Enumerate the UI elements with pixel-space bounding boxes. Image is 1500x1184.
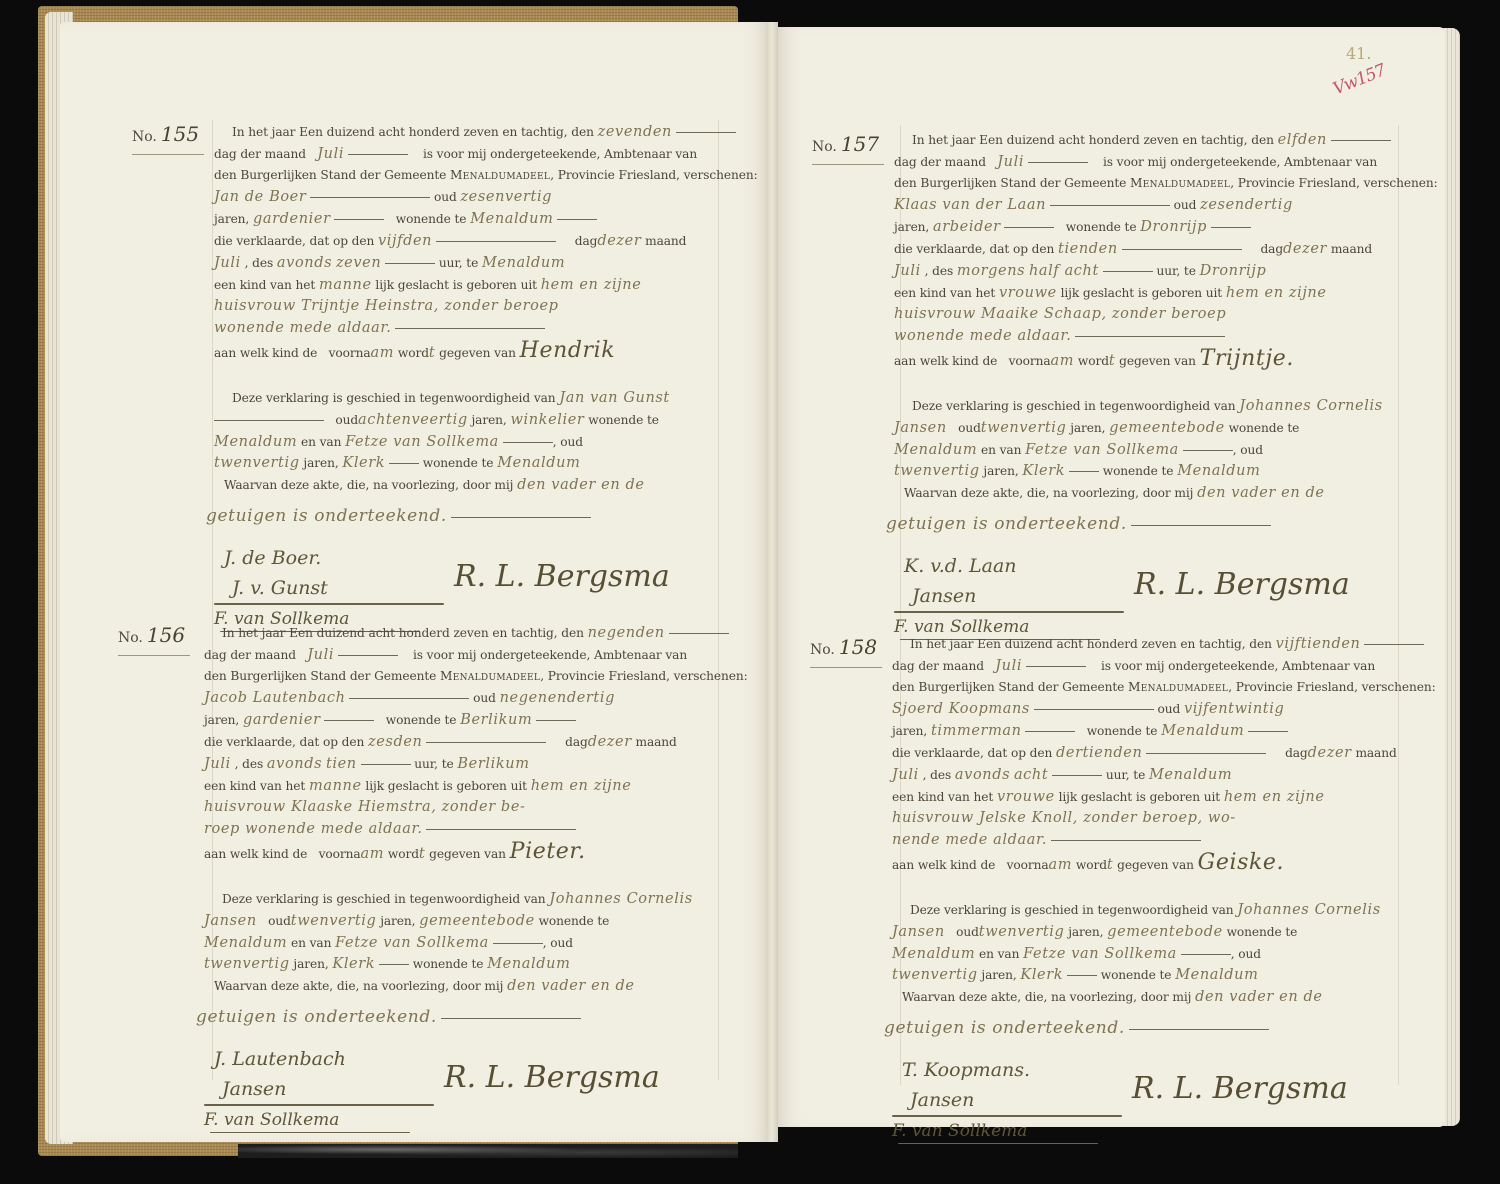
record-line: jaren, timmerman wonende te Menaldum: [892, 723, 1288, 739]
printed-text: dag der maand: [214, 147, 306, 161]
printed-text: en van: [291, 936, 331, 950]
municipality-name: Menaldumadeel: [450, 168, 550, 182]
witness1-age: twenvertig: [981, 420, 1067, 436]
residence-line: wonende mede aldaar.: [894, 328, 1071, 344]
fill-line: [1122, 249, 1242, 250]
witness1-surname: Jansen: [894, 420, 947, 436]
printed-text: , des: [923, 768, 952, 782]
birth-place: Berlikum: [457, 756, 529, 772]
printed-text: dag: [1260, 242, 1283, 256]
fill-line: [669, 633, 729, 634]
child-name: Hendrik: [520, 338, 616, 363]
fill-line: [1075, 336, 1225, 337]
record-line: Menaldum en van Fetze van Sollkema , oud: [894, 442, 1263, 458]
fill-line: [676, 132, 736, 133]
record-line: Deze verklaring is geschied in tegenwoor…: [222, 891, 693, 907]
fill-line: [1364, 644, 1424, 645]
fill-line: [389, 463, 419, 464]
birth-day: vijfden: [378, 233, 432, 249]
printed-text: gegeven van: [1117, 858, 1194, 872]
fill-line: [1181, 954, 1231, 955]
record-line: jaren, gardenier wonende te Berlikum: [204, 712, 576, 728]
printed-text: uur, te: [1156, 264, 1195, 278]
witness2-signature: F. van Sollkema: [894, 617, 1029, 637]
printed-text: den Burgerlijken Stand der Gemeente: [204, 669, 436, 683]
record-line: roep wonende mede aldaar.: [204, 821, 576, 837]
printed-text: dag: [575, 234, 598, 248]
record-line: Jacob Lautenbach oud negenendertig: [204, 690, 615, 706]
printed-text: jaren,: [472, 413, 507, 427]
closing-a: den vader en de: [507, 978, 634, 994]
witness1-signature: J. v. Gunst: [232, 577, 328, 599]
witness2-residence: Menaldum: [487, 956, 570, 972]
declarant-signature: T. Koopmans.: [902, 1059, 1030, 1081]
declarant-residence: Menaldum: [1161, 723, 1244, 739]
witness2-name: Fetze van Sollkema: [1025, 442, 1179, 458]
printed-text: In het jaar Een duizend acht honderd zev…: [910, 637, 1272, 651]
record-line: een kind van het vrouwe lijk geslacht is…: [892, 789, 1325, 805]
fill-line: [451, 517, 591, 518]
record-line: twenvertig jaren, Klerk wonende te Menal…: [214, 455, 580, 471]
word-suffix: t: [419, 846, 425, 862]
record-line: dag der maand Juli is voor mij ondergete…: [204, 647, 687, 663]
printed-text: en van: [981, 443, 1021, 457]
time-of-day: avonds: [955, 767, 1010, 783]
record-line: twenvertig jaren, Klerk wonende te Menal…: [892, 967, 1258, 983]
child-sex: vrouwe: [999, 285, 1057, 301]
record-day: vijftienden: [1276, 636, 1361, 652]
record-line: twenvertig jaren, Klerk wonende te Menal…: [894, 463, 1260, 479]
record-day: elfden: [1278, 132, 1327, 148]
printed-text: jaren,: [1070, 421, 1105, 435]
fill-line: [1050, 205, 1170, 206]
fill-line: [426, 829, 576, 830]
record-line: aan welk kind de voornaam wordt gegeven …: [892, 850, 1284, 875]
printed-text: wonende te: [588, 413, 659, 427]
record-line: Waarvan deze akte, die, na voorlezing, d…: [224, 477, 645, 493]
printed-text: , des: [235, 757, 264, 771]
fill-line: [1034, 709, 1154, 710]
word-suffix: t: [1109, 353, 1115, 369]
record-line: Deze verklaring is geschied in tegenwoor…: [910, 902, 1381, 918]
child-name: Pieter.: [510, 839, 586, 864]
printed-text: Deze verklaring is geschied in tegenwoor…: [222, 892, 546, 906]
fill-line: [1183, 450, 1233, 451]
printed-text: jaren,: [303, 456, 338, 470]
printed-text: In het jaar Een duizend acht honderd zev…: [912, 133, 1274, 147]
witness2-occupation: Klerk: [1022, 463, 1065, 479]
declarant-age: zesenvertig: [460, 189, 552, 205]
mother-line: huisvrouw Trijntje Heinstra, zonder bero…: [214, 298, 559, 314]
child-sex: manne: [309, 778, 362, 794]
record-line: Menaldum en van Fetze van Sollkema , oud: [204, 935, 573, 951]
printed-text: en van: [301, 435, 341, 449]
witness2-occupation: Klerk: [1020, 967, 1063, 983]
record-number: No.157: [812, 132, 879, 156]
child-name: Geiske.: [1198, 850, 1284, 875]
witness1-signature: Jansen: [912, 585, 976, 607]
record-line: getuigen is onderteekend.: [886, 514, 1271, 534]
record-line: Menaldum en van Fetze van Sollkema , oud: [214, 434, 583, 450]
printed-text: uur, te: [414, 757, 453, 771]
parents-line: hem en zijne: [1224, 789, 1325, 805]
printed-text: is voor mij ondergeteekende, Ambtenaar v…: [413, 648, 687, 662]
record-month: Juli: [307, 647, 334, 663]
municipality-name: Menaldumadeel: [440, 669, 540, 683]
municipality-name: Menaldumadeel: [1128, 680, 1228, 694]
witness2-residence: Menaldum: [497, 455, 580, 471]
witness2-occupation: Klerk: [332, 956, 375, 972]
printed-text: , oud: [553, 435, 583, 449]
closing-b: getuigen is onderteekend.: [884, 1018, 1125, 1038]
witness2-residence: Menaldum: [1175, 967, 1258, 983]
fill-line: [338, 655, 398, 656]
record-line: een kind van het manne lijk geslacht is …: [214, 277, 641, 293]
record-line: den Burgerlijken Stand der Gemeente Mena…: [892, 680, 1436, 694]
fill-line: [1331, 140, 1391, 141]
record-line: Juli , des morgens half acht uur, te Dro…: [894, 263, 1266, 279]
printed-text: word: [1076, 858, 1107, 872]
dag-der: dezer: [588, 734, 632, 750]
printed-text: oud: [958, 421, 981, 435]
birth-month: Juli: [894, 263, 921, 279]
record-line: wonende mede aldaar.: [214, 320, 545, 336]
printed-text: No.: [132, 129, 157, 145]
fill-line: [361, 764, 411, 765]
witness1-name: Johannes Cornelis: [549, 891, 692, 907]
printed-text: jaren,: [892, 724, 927, 738]
witness1-residence: Menaldum: [894, 442, 977, 458]
printed-text: oud: [434, 190, 457, 204]
birth-month: Juli: [892, 767, 919, 783]
printed-text: aan welk kind de: [894, 354, 997, 368]
printed-text: jaren,: [380, 914, 415, 928]
fill-line: [436, 241, 556, 242]
printed-text: Deze verklaring is geschied in tegenwoor…: [232, 391, 556, 405]
record-line: getuigen is onderteekend.: [884, 1018, 1269, 1038]
margin-rule: [1398, 125, 1399, 1085]
record-line: dag der maand Juli is voor mij ondergete…: [892, 658, 1375, 674]
record-line: jaren, arbeider wonende te Dronrijp: [894, 219, 1251, 235]
declarant-signature: J. de Boer.: [224, 547, 321, 569]
fill-line: [379, 964, 409, 965]
voornaam-suffix: am: [361, 846, 385, 862]
printed-text: Deze verklaring is geschied in tegenwoor…: [910, 903, 1234, 917]
printed-text: lijk geslacht is geboren uit: [365, 779, 527, 793]
record-line: Juli , des avonds tien uur, te Berlikum: [204, 756, 530, 772]
record-line: getuigen is onderteekend.: [206, 506, 591, 526]
dag-der: dezer: [597, 233, 641, 249]
printed-text: , des: [925, 264, 954, 278]
witness1-age: twenvertig: [291, 913, 377, 929]
fill-line: [493, 943, 543, 944]
record-line: Waarvan deze akte, die, na voorlezing, d…: [214, 978, 635, 994]
birth-day: tienden: [1058, 241, 1118, 257]
printed-text: die verklaarde, dat op den: [892, 746, 1052, 760]
declarant-name: Jan de Boer: [214, 189, 306, 205]
birth-hour: acht: [1014, 767, 1048, 783]
time-of-day: morgens: [957, 263, 1025, 279]
record-number-rule: [812, 164, 884, 165]
record-line: Jansen oudtwenvertig jaren, gemeentebode…: [894, 420, 1299, 436]
witness1-signature: Jansen: [222, 1078, 286, 1100]
printed-text: voorna: [329, 346, 371, 360]
record-line: dag der maand Juli is voor mij ondergete…: [894, 154, 1377, 170]
printed-text: wonende te: [539, 914, 610, 928]
fill-line: [385, 263, 435, 264]
printed-text: wonende te: [396, 212, 467, 226]
printed-text: is voor mij ondergeteekende, Ambtenaar v…: [423, 147, 697, 161]
witness1-occupation: gemeentebode: [419, 913, 535, 929]
printed-text: , oud: [1233, 443, 1263, 457]
fill-line: [1248, 731, 1288, 732]
record-line: den Burgerlijken Stand der Gemeente Mena…: [204, 669, 748, 683]
residence-line: roep wonende mede aldaar.: [204, 821, 423, 837]
printed-text: dag: [565, 735, 588, 749]
voornaam-suffix: am: [371, 345, 395, 361]
printed-text: den Burgerlijken Stand der Gemeente: [894, 176, 1126, 190]
record-line: huisvrouw Klaaske Hiemstra, zonder be-: [204, 799, 526, 815]
witness1-residence: Menaldum: [892, 946, 975, 962]
fill-line: [395, 328, 545, 329]
printed-text: dag der maand: [892, 659, 984, 673]
witness1-surname: Jansen: [204, 913, 257, 929]
printed-text: een kind van het: [204, 779, 305, 793]
municipality-name: Menaldumadeel: [1130, 176, 1230, 190]
record-day: negenden: [588, 625, 665, 641]
folio-number: 41.: [1346, 44, 1371, 63]
fill-line: [441, 1018, 581, 1019]
witness2-age: twenvertig: [892, 967, 978, 983]
witness1-occupation: gemeentebode: [1107, 924, 1223, 940]
record-line: huisvrouw Jelske Knoll, zonder beroep, w…: [892, 810, 1236, 826]
record-line: aan welk kind de voornaam wordt gegeven …: [894, 346, 1294, 371]
printed-text: maand: [636, 735, 677, 749]
printed-text: , Provincie Friesland, verschenen:: [540, 669, 747, 683]
witness1-age: achtenveertig: [358, 412, 468, 428]
time-of-day: avonds: [277, 255, 332, 271]
closing-b: getuigen is onderteekend.: [886, 514, 1127, 534]
record-line: Jansen oudtwenvertig jaren, gemeentebode…: [204, 913, 609, 929]
record-line: aan welk kind de voornaam wordt gegeven …: [204, 839, 586, 864]
birth-day: zesden: [368, 734, 422, 750]
printed-text: , des: [245, 256, 274, 270]
witness2-signature: F. van Sollkema: [892, 1121, 1027, 1141]
declarant-occupation: gardenier: [243, 712, 321, 728]
record-month: Juli: [317, 146, 344, 162]
witness1-signature: Jansen: [910, 1089, 974, 1111]
printed-text: wonende te: [386, 713, 457, 727]
printed-text: wonende te: [1101, 968, 1172, 982]
printed-text: Waarvan deze akte, die, na voorlezing, d…: [902, 990, 1191, 1004]
printed-text: uur, te: [439, 256, 478, 270]
printed-text: lijk geslacht is geboren uit: [1061, 286, 1223, 300]
parents-line: hem en zijne: [1226, 285, 1327, 301]
printed-text: is voor mij ondergeteekende, Ambtenaar v…: [1103, 155, 1377, 169]
official-signature: R. L. Bergsma: [1134, 567, 1350, 602]
mother-line: huisvrouw Klaaske Hiemstra, zonder be-: [204, 799, 526, 815]
printed-text: maand: [1331, 242, 1372, 256]
printed-text: aan welk kind de: [214, 346, 317, 360]
declarant-residence: Menaldum: [470, 211, 553, 227]
witness1-name: Johannes Cornelis: [1237, 902, 1380, 918]
mother-line: huisvrouw Maaike Schaap, zonder beroep: [894, 306, 1226, 322]
witness2-age: twenvertig: [204, 956, 290, 972]
birth-place: Menaldum: [1149, 767, 1232, 783]
printed-text: oud: [473, 691, 496, 705]
signature-underline: [892, 1115, 1122, 1117]
printed-text: aan welk kind de: [204, 847, 307, 861]
record-line: Klaas van der Laan oud zesendertig: [894, 197, 1293, 213]
closing-a: den vader en de: [1195, 989, 1322, 1005]
child-name: Trijntje.: [1200, 346, 1294, 371]
fill-line: [557, 219, 597, 220]
printed-text: In het jaar Een duizend acht honderd zev…: [232, 125, 594, 139]
printed-text: die verklaarde, dat op den: [204, 735, 364, 749]
declarant-occupation: gardenier: [253, 211, 331, 227]
fill-line: [1052, 775, 1102, 776]
witness1-occupation: winkelier: [511, 412, 585, 428]
fill-line: [1026, 666, 1086, 667]
printed-text: In het jaar Een duizend acht honderd zev…: [222, 626, 584, 640]
closing-b: getuigen is onderteekend.: [196, 1007, 437, 1027]
word-suffix: t: [1107, 857, 1113, 873]
printed-text: word: [398, 346, 429, 360]
signature-underline: [894, 611, 1124, 613]
printed-text: , Provincie Friesland, verschenen:: [1230, 176, 1437, 190]
declarant-name: Jacob Lautenbach: [204, 690, 346, 706]
declarant-age: negenendertig: [500, 690, 615, 706]
record-number: No.158: [810, 635, 877, 659]
printed-text: uur, te: [1106, 768, 1145, 782]
printed-text: Waarvan deze akte, die, na voorlezing, d…: [224, 478, 513, 492]
printed-text: een kind van het: [214, 278, 315, 292]
fill-line: [349, 698, 469, 699]
child-sex: vrouwe: [997, 789, 1055, 805]
record-number-rule: [118, 655, 190, 656]
printed-text: maand: [1355, 746, 1396, 760]
witness2-signature: F. van Sollkema: [204, 1110, 339, 1130]
declarant-age: vijfentwintig: [1184, 701, 1284, 717]
printed-text: oud: [1174, 198, 1197, 212]
fill-line: [214, 420, 324, 421]
witness1-residence: Menaldum: [214, 434, 297, 450]
birth-month: Juli: [214, 255, 241, 271]
record-line: wonende mede aldaar.: [894, 328, 1225, 344]
record-line: getuigen is onderteekend.: [196, 1007, 581, 1027]
printed-text: wonende te: [413, 957, 484, 971]
record-number: No.155: [132, 122, 199, 146]
printed-text: oud: [335, 413, 358, 427]
printed-text: , oud: [1231, 947, 1261, 961]
declarant-occupation: timmerman: [931, 723, 1022, 739]
signature-underline: [898, 1143, 1098, 1145]
fill-line: [310, 197, 430, 198]
record-line: dag der maand Juli is voor mij ondergete…: [214, 146, 697, 162]
record-line: een kind van het manne lijk geslacht is …: [204, 778, 631, 794]
printed-text: oud: [268, 914, 291, 928]
fill-line: [536, 720, 576, 721]
birth-place: Dronrijp: [1200, 263, 1267, 279]
printed-text: die verklaarde, dat op den: [894, 242, 1054, 256]
declarant-signature: J. Lautenbach: [214, 1048, 346, 1070]
printed-text: een kind van het: [892, 790, 993, 804]
record-line: Waarvan deze akte, die, na voorlezing, d…: [902, 989, 1323, 1005]
record-line: nende mede aldaar.: [892, 832, 1201, 848]
record-line: Juli , des avonds zeven uur, te Menaldum: [214, 255, 565, 271]
record-line: den Burgerlijken Stand der Gemeente Mena…: [214, 168, 758, 182]
printed-text: wonende te: [1066, 220, 1137, 234]
record-line: Juli , des avonds acht uur, te Menaldum: [892, 767, 1232, 783]
book-cover-marble-bottom: [238, 1144, 738, 1158]
record-line: In het jaar Een duizend acht honderd zev…: [912, 132, 1391, 148]
fill-line: [348, 154, 408, 155]
printed-text: die verklaarde, dat op den: [214, 234, 374, 248]
printed-text: oud: [956, 925, 979, 939]
printed-text: No.: [812, 139, 837, 155]
declarant-name: Klaas van der Laan: [894, 197, 1046, 213]
record-month: Juli: [997, 154, 1024, 170]
record-line: Waarvan deze akte, die, na voorlezing, d…: [904, 485, 1325, 501]
dag-der: dezer: [1283, 241, 1327, 257]
record-line: Menaldum en van Fetze van Sollkema , oud: [892, 946, 1261, 962]
record-line: In het jaar Een duizend acht honderd zev…: [910, 636, 1424, 652]
printed-text: , Provincie Friesland, verschenen:: [1228, 680, 1435, 694]
printed-text: een kind van het: [894, 286, 995, 300]
record-line: In het jaar Een duizend acht honderd zev…: [222, 625, 729, 641]
printed-text: voorna: [319, 847, 361, 861]
printed-text: jaren,: [894, 220, 929, 234]
printed-text: Waarvan deze akte, die, na voorlezing, d…: [214, 979, 503, 993]
birth-day: dertienden: [1056, 745, 1142, 761]
record-line: aan welk kind de voornaam wordt gegeven …: [214, 338, 615, 363]
printed-text: gegeven van: [439, 346, 516, 360]
child-sex: manne: [319, 277, 372, 293]
fill-line: [1103, 271, 1153, 272]
voornaam-suffix: am: [1051, 353, 1075, 369]
printed-text: aan welk kind de: [892, 858, 995, 872]
printed-text: gegeven van: [429, 847, 506, 861]
printed-text: jaren,: [981, 968, 1016, 982]
signature-underline: [204, 1104, 434, 1106]
witness2-residence: Menaldum: [1177, 463, 1260, 479]
record-line: huisvrouw Trijntje Heinstra, zonder bero…: [214, 298, 559, 314]
margin-rule: [718, 120, 719, 1080]
fill-line: [1211, 227, 1251, 228]
birth-hour: half acht: [1029, 263, 1099, 279]
printed-text: is voor mij ondergeteekende, Ambtenaar v…: [1101, 659, 1375, 673]
witness2-name: Fetze van Sollkema: [345, 434, 499, 450]
record-line: die verklaarde, dat op den zesden dagdez…: [204, 734, 677, 750]
closing-b: getuigen is onderteekend.: [206, 506, 447, 526]
word-suffix: t: [429, 345, 435, 361]
birth-hour: zeven: [336, 255, 381, 271]
fill-line: [1131, 525, 1271, 526]
printed-text: wonende te: [1103, 464, 1174, 478]
witness2-name: Fetze van Sollkema: [1023, 946, 1177, 962]
fill-line: [1146, 753, 1266, 754]
birth-hour: tien: [326, 756, 357, 772]
closing-a: den vader en de: [517, 477, 644, 493]
fill-line: [1067, 975, 1097, 976]
printed-text: jaren,: [983, 464, 1018, 478]
official-signature: R. L. Bergsma: [1132, 1071, 1348, 1106]
printed-text: den Burgerlijken Stand der Gemeente: [214, 168, 446, 182]
declarant-signature: K. v.d. Laan: [904, 555, 1017, 577]
record-number-rule: [132, 154, 204, 155]
record-line: oudachtenveertig jaren, winkelier wonend…: [214, 412, 659, 428]
witness1-surname: Jansen: [892, 924, 945, 940]
